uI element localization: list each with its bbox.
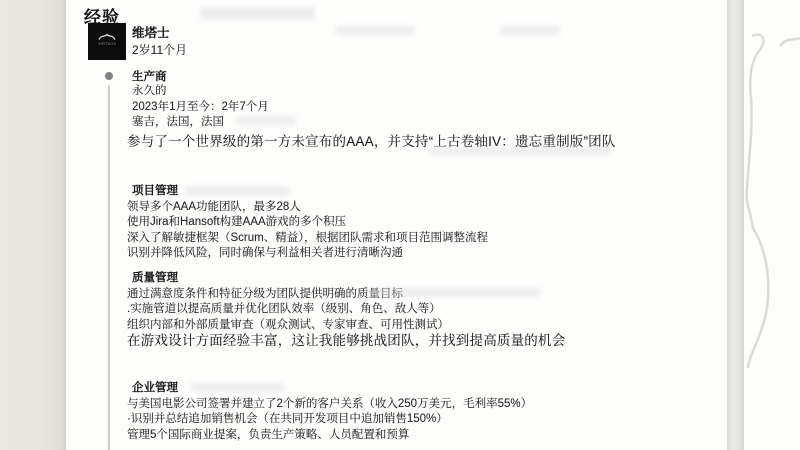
- section-line: .实施管道以提高质量并优化团队效率（级别、角色、敌人等）: [127, 302, 727, 318]
- company-name[interactable]: 维塔士: [132, 23, 170, 41]
- section-line: 使用Jira和Hansoft构建AAA游戏的多个积压: [127, 215, 727, 231]
- timeline-line: [108, 85, 110, 450]
- employment-type: 永久的: [132, 84, 269, 100]
- redaction-smudge: [370, 288, 540, 297]
- quality-highlight-line: 在游戏设计方面经验丰富，这让我能够挑战团队，并找到提高质量的机会: [127, 333, 727, 350]
- section-line: 领导多个AAA功能团队，最多28人: [127, 200, 727, 216]
- redaction-smudge: [335, 26, 415, 35]
- section-line: 组织内部和外部质量审查（观众测试、专家审查、可用性测试）: [127, 318, 727, 334]
- section-line: 识别并降低风险，同时确保与利益相关者进行清晰沟通: [127, 246, 727, 262]
- timeline-bullet: [105, 72, 113, 80]
- virtuos-wings-icon: [98, 33, 116, 41]
- silhouette-sketch: [744, 0, 800, 450]
- left-page-edge: [0, 0, 66, 450]
- company-logo-label: VIRTUOS: [98, 42, 116, 46]
- redaction-smudge: [185, 186, 290, 196]
- redaction-smudge: [190, 383, 285, 392]
- section-line: ·识别并总结追加销售机会（在共同开发项目中追加销售150%）: [127, 412, 727, 428]
- section-line: 与美国电影公司签署并建立了2个新的客户关系（收入250万美元，毛利率55%）: [127, 397, 727, 413]
- section-title: 质量管理: [127, 271, 727, 287]
- company-duration: 2岁11个月: [132, 41, 187, 58]
- redaction-smudge: [236, 116, 296, 125]
- section-quality-management: 质量管理 通过满意度条件和特征分级为团队提供明确的质量目标 .实施管道以提高质量…: [127, 271, 727, 350]
- redaction-smudge: [500, 26, 560, 35]
- section-line: 深入了解敏捷框架（Scrum、精益），根据团队需求和项目范围调整流程: [127, 231, 727, 247]
- section-line: 管理5个国际商业提案，负责生产策略、人员配置和预算: [127, 428, 727, 444]
- date-range: 2023年1月至今：2年7个月: [132, 100, 269, 116]
- redaction-smudge: [430, 147, 610, 155]
- profile-page: 经验 VIRTUOS 维塔士 2岁11个月 生产商 永久的 2023年1月至今：…: [0, 0, 800, 450]
- job-title: 生产商: [132, 68, 167, 84]
- redaction-smudge: [200, 7, 315, 20]
- right-page-edge: [727, 0, 744, 450]
- company-logo[interactable]: VIRTUOS: [88, 23, 126, 60]
